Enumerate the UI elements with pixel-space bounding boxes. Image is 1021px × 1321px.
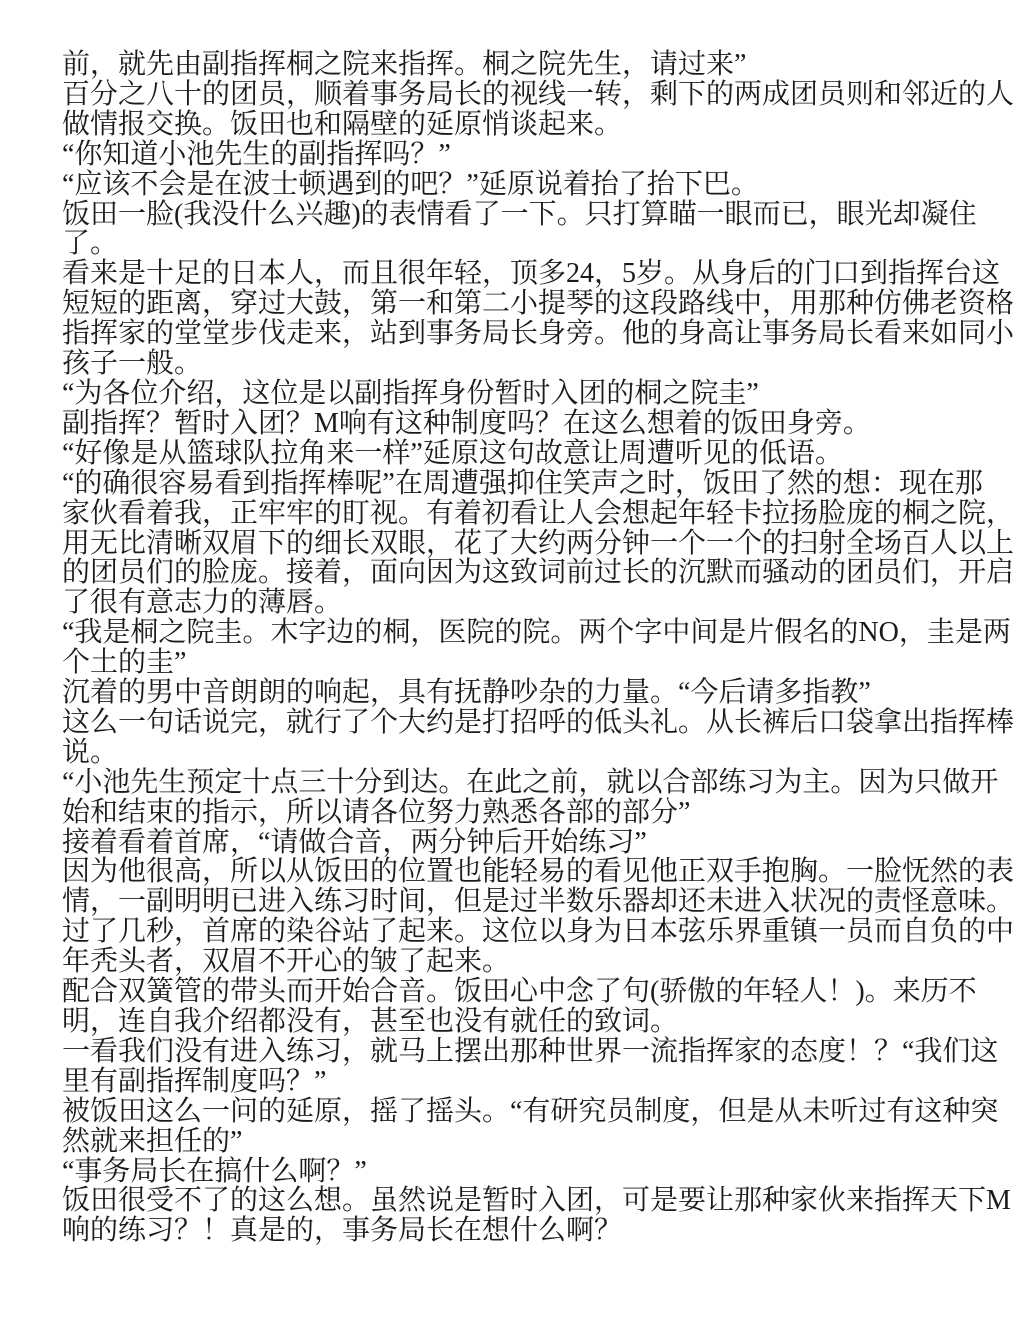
text-line: “事务局长在搞什么啊？” [62, 1157, 981, 1187]
text-line: 的团员们的脸庞。接着，面向因为这致词前过长的沉默而骚动的团员们，开启 [62, 558, 981, 588]
text-line: 短短的距离，穿过大鼓，第一和第二小提琴的这段路线中，用那种仿佛老资格 [62, 289, 981, 319]
text-line: 家伙看着我，正牢牢的盯视。有着初看让人会想起年轻卡拉扬脸庞的桐之院， [62, 499, 981, 529]
text-line: 配合双簧管的带头而开始合音。饭田心中念了句(骄傲的年轻人！)。来历不 [62, 977, 981, 1007]
text-line: 指挥家的堂堂步伐走来，站到事务局长身旁。他的身高让事务局长看来如同小 [62, 319, 981, 349]
text-line: 饭田一脸(我没什么兴趣)的表情看了一下。只打算瞄一眼而已，眼光却凝住 [62, 200, 981, 230]
text-line: 说。 [62, 738, 981, 768]
text-line: 响的练习？！真是的，事务局长在想什么啊？ [62, 1216, 981, 1246]
text-line: 看来是十足的日本人，而且很年轻，顶多24，5岁。从身后的门口到指挥台这 [62, 259, 981, 289]
text-line: 情，一副明明已进入练习时间，但是过半数乐器却还未进入状况的责怪意味。 [62, 887, 981, 917]
text-line: 做情报交换。饭田也和隔壁的延原悄谈起来。 [62, 110, 981, 140]
text-line: “你知道小池先生的副指挥吗？” [62, 140, 981, 170]
text-line: 沉着的男中音朗朗的响起，具有抚静吵杂的力量。“今后请多指教” [62, 678, 981, 708]
text-line: “好像是从篮球队拉角来一样”延原这句故意让周遭听见的低语。 [62, 439, 981, 469]
text-line: 被饭田这么一问的延原，摇了摇头。“有研究员制度，但是从未听过有这种突 [62, 1097, 981, 1127]
text-line: 了。 [62, 229, 981, 259]
text-line: 百分之八十的团员，顺着事务局长的视线一转，剩下的两成团员则和邻近的人 [62, 80, 981, 110]
novel-page: 前，就先由副指挥桐之院来指挥。桐之院先生，请过来”百分之八十的团员，顺着事务局长… [0, 0, 1021, 1321]
text-line: “应该不会是在波士顿遇到的吧？”延原说着抬了抬下巴。 [62, 170, 981, 200]
text-line: 年秃头者，双眉不开心的皱了起来。 [62, 947, 981, 977]
text-line: 接着看着首席，“请做合音，两分钟后开始练习” [62, 828, 981, 858]
text-line: 然就来担任的” [62, 1127, 981, 1157]
text-line: “的确很容易看到指挥棒呢”在周遭强抑住笑声之时，饭田了然的想：现在那 [62, 469, 981, 499]
text-line: “小池先生预定十点三十分到达。在此之前，就以合部练习为主。因为只做开 [62, 768, 981, 798]
text-line: 一看我们没有进入练习，就马上摆出那种世界一流指挥家的态度！？“我们这 [62, 1037, 981, 1067]
text-line: 副指挥？暂时入团？M响有这种制度吗？在这么想着的饭田身旁。 [62, 409, 981, 439]
text-line: 因为他很高，所以从饭田的位置也能轻易的看见他正双手抱胸。一脸怃然的表 [62, 857, 981, 887]
text-line: 了很有意志力的薄唇。 [62, 588, 981, 618]
text-line: 饭田很受不了的这么想。虽然说是暂时入团，可是要让那种家伙来指挥天下M [62, 1186, 981, 1216]
text-line: 过了几秒，首席的染谷站了起来。这位以身为日本弦乐界重镇一员而自负的中 [62, 917, 981, 947]
text-line: 孩子一般。 [62, 349, 981, 379]
text-line: 前，就先由副指挥桐之院来指挥。桐之院先生，请过来” [62, 50, 981, 80]
text-line: 始和结束的指示，所以请各位努力熟悉各部的部分” [62, 798, 981, 828]
text-block: 前，就先由副指挥桐之院来指挥。桐之院先生，请过来”百分之八十的团员，顺着事务局长… [62, 50, 981, 1246]
text-line: 这么一句话说完，就行了个大约是打招呼的低头礼。从长裤后口袋拿出指挥棒 [62, 708, 981, 738]
text-line: 个土的圭” [62, 648, 981, 678]
text-line: 里有副指挥制度吗？” [62, 1067, 981, 1097]
text-line: “为各位介绍，这位是以副指挥身份暂时入团的桐之院圭” [62, 379, 981, 409]
text-line: 用无比清晰双眉下的细长双眼，花了大约两分钟一个一个的扫射全场百人以上 [62, 529, 981, 559]
text-line: 明，连自我介绍都没有，甚至也没有就任的致词。 [62, 1007, 981, 1037]
text-line: “我是桐之院圭。木字边的桐，医院的院。两个字中间是片假名的NO，圭是两 [62, 618, 981, 648]
